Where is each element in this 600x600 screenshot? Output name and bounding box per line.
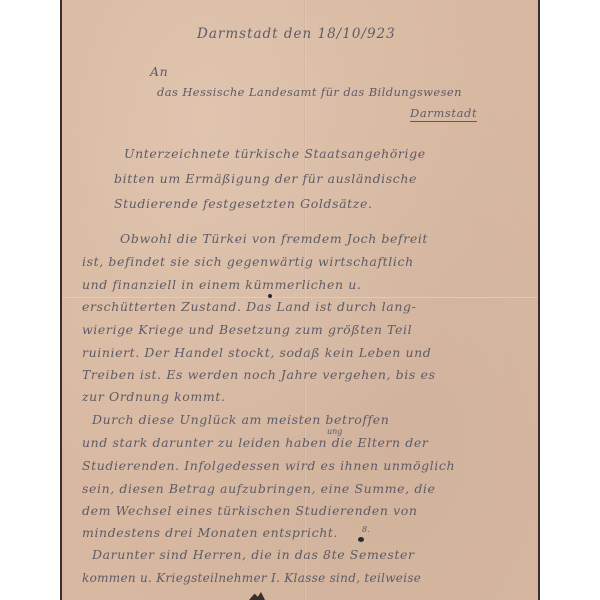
- body-line: Darunter sind Herren, die in das 8te Sem…: [92, 549, 415, 562]
- body-line: und finanziell in einem kümmerlichen u.: [82, 279, 362, 292]
- body-line: Obwohl die Türkei von fremdem Joch befre…: [120, 233, 428, 246]
- body-line: sein, diesen Betrag aufzubringen, eine S…: [82, 483, 436, 496]
- body-line: dem Wechsel eines türkischen Studierende…: [82, 505, 418, 518]
- body-line: erschütterten Zustand. Das Land ist durc…: [82, 301, 416, 314]
- salutation: An: [150, 66, 168, 79]
- subject-line-2: bitten um Ermäßigung der für ausländisch…: [114, 173, 417, 186]
- ink-spot: [268, 294, 272, 298]
- body-line: zur Ordnung kommt.: [82, 391, 226, 404]
- body-line: Durch diese Unglück am meisten betroffen: [92, 414, 389, 427]
- subject-line-3: Studierende festgesetzten Goldsätze.: [114, 198, 373, 211]
- place-date: Darmstadt den 18/10/923: [197, 28, 396, 42]
- body-line: ist, befindet sie sich gegenwärtig wirts…: [82, 256, 414, 269]
- body-line: Treiben ist. Es werden noch Jahre vergeh…: [82, 369, 435, 382]
- recipient-city: Darmstadt: [410, 108, 477, 122]
- body-line: ruiniert. Der Handel stockt, sodaß kein …: [82, 347, 431, 360]
- body-line: Studierenden. Infolgedessen wird es ihne…: [82, 460, 455, 473]
- body-line: wierige Kriege und Besetzung zum größten…: [82, 324, 412, 337]
- body-line: und stark darunter zu leiden haben die E…: [82, 437, 428, 450]
- ink-blot: [358, 537, 364, 542]
- paper-tear: [249, 592, 265, 600]
- letter-paper: Darmstadt den 18/10/923 An das Hessische…: [60, 0, 540, 600]
- semester-superscript: 8.: [362, 525, 370, 534]
- recipient: das Hessische Landesamt für das Bildungs…: [157, 87, 462, 99]
- body-line: kommen u. Kriegsteilnehmer I. Klasse sin…: [82, 572, 421, 584]
- subject-line-1: Unterzeichnete türkische Staatsangehörig…: [124, 148, 426, 161]
- body-line: mindestens drei Monaten entspricht.: [82, 527, 338, 540]
